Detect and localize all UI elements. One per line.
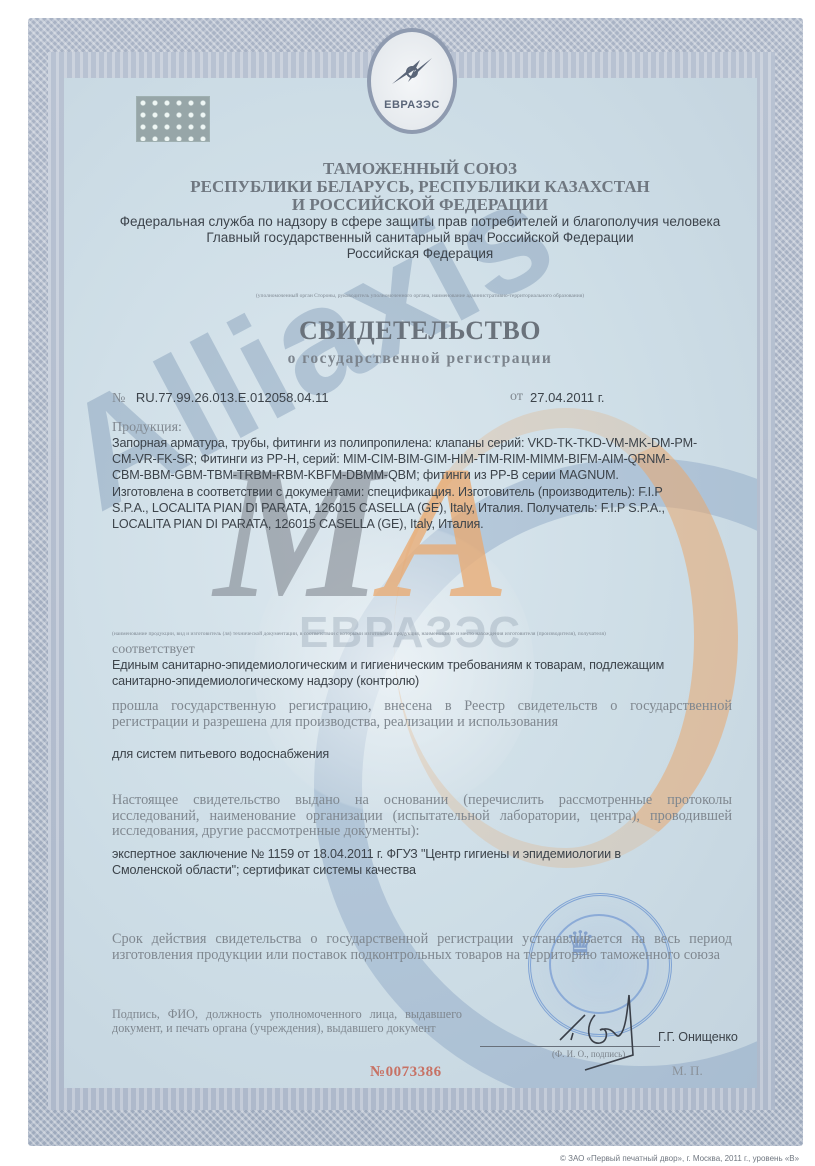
product-label: Продукция: xyxy=(112,420,732,436)
registration-row: № RU.77.99.26.013.Е.012058.04.11 от 27.0… xyxy=(112,389,732,407)
registration-number: RU.77.99.26.013.Е.012058.04.11 xyxy=(136,390,329,405)
signatory-name: Г.Г. Онищенко xyxy=(658,1030,738,1046)
product-line-5: S.P.A., LOCALITA PIAN DI PARATA, 126015 … xyxy=(112,501,732,517)
basis-line-2: Смоленской области"; сертификат системы … xyxy=(112,863,732,879)
basis-text: Настоящее свидетельство выдано на основа… xyxy=(112,793,732,840)
product-line-4: Изготовлена в соответствии с документами… xyxy=(112,485,732,501)
printer-footer: © ЗАО «Первый печатный двор», г. Москва,… xyxy=(560,1154,799,1163)
product-caption: (наименование продукции, вид и изготовит… xyxy=(112,631,732,637)
product-line-1: Запорная арматура, трубы, фитинги из пол… xyxy=(112,436,732,452)
chief-official: Главный государственный санитарный врач … xyxy=(100,229,740,246)
union-title-line2: РЕСПУБЛИКИ БЕЛАРУСЬ, РЕСПУБЛИКИ КАЗАХСТА… xyxy=(100,177,740,197)
document-title: СВИДЕТЕЛЬСТВО xyxy=(100,316,740,346)
number-prefix: № xyxy=(112,391,125,406)
product-line-6: LOCALITA PIAN DI PARATA, 126015 CASELLA … xyxy=(112,517,732,533)
country-name: Российская Федерация xyxy=(100,245,740,262)
document-subtitle: о государственной регистрации xyxy=(100,350,740,368)
conformity-line-1: Единым санитарно-эпидемиологическим и ги… xyxy=(112,658,732,674)
handwritten-signature-icon xyxy=(555,985,655,1075)
signature-label: Подпись, ФИО, должность уполномоченного … xyxy=(112,1008,462,1035)
validity-text: Срок действия свидетельства о государств… xyxy=(112,932,732,963)
basis-line-1: экспертное заключение № 1159 от 18.04.20… xyxy=(112,847,732,863)
registration-date: 27.04.2011 г. xyxy=(530,390,604,405)
authority-caption: (уполномоченный орган Стороны, руководит… xyxy=(100,293,740,299)
union-title-line3: И РОССИЙСКОЙ ФЕДЕРАЦИИ xyxy=(100,195,740,215)
date-prefix: от xyxy=(510,389,523,405)
form-serial-number: №0073386 xyxy=(370,1064,442,1081)
conformity-label: соответствует xyxy=(112,642,732,658)
usage-scope: для систем питьевого водоснабжения xyxy=(112,747,732,763)
agency-name: Федеральная служба по надзору в сфере за… xyxy=(90,213,750,230)
seal-mark: М. П. xyxy=(672,1063,703,1079)
product-line-3: CBM-BBM-GBM-TBM-TRBM-RBM-KBFM-DBMM-QBM; … xyxy=(112,468,732,484)
product-line-2: CM-VR-FK-SR; Фитинги из PP-H, серий: MIM… xyxy=(112,452,732,468)
conformity-line-2: санитарно-эпидемиологическому надзору (к… xyxy=(112,674,732,690)
union-title-line1: ТАМОЖЕННЫЙ СОЮЗ xyxy=(100,159,740,179)
registration-status-text: прошла государственную регистрацию, внес… xyxy=(112,699,732,730)
